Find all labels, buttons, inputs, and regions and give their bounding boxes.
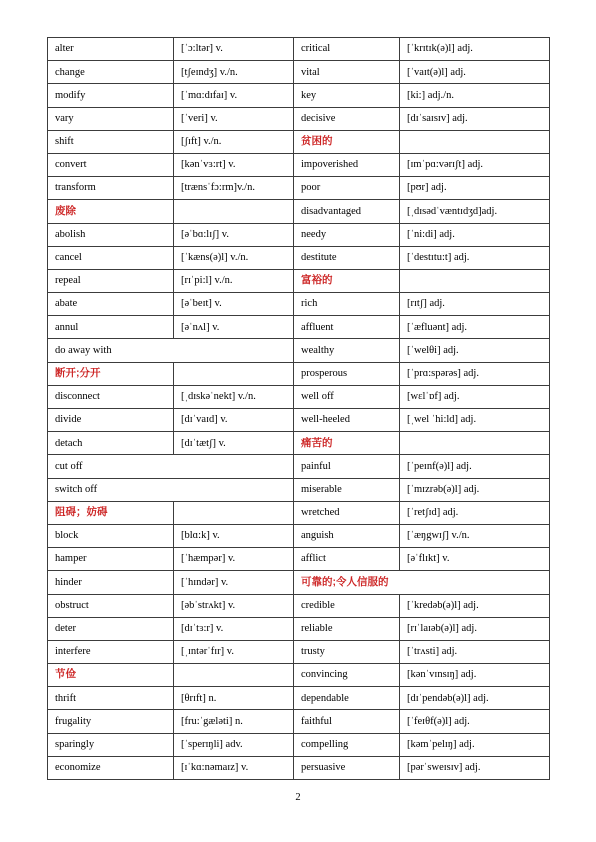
category-header-cell: 富裕的 xyxy=(294,269,400,292)
category-header-cell: 阻碍；妨碍 xyxy=(48,501,174,524)
word-cell: compelling xyxy=(294,733,400,756)
phonetic-cell: [kəmˈpelɪŋ] adj. xyxy=(400,733,550,756)
word-cell: needy xyxy=(294,223,400,246)
phonetic-cell: [rɪˈpi:l] v./n. xyxy=(174,269,294,292)
word-cell: decisive xyxy=(294,107,400,130)
word-cell: thrift xyxy=(48,687,174,710)
phonetic-cell: [pərˈsweɪsɪv] adj. xyxy=(400,756,550,779)
word-cell: abolish xyxy=(48,223,174,246)
word-cell: disconnect xyxy=(48,385,174,408)
word-cell: cut off xyxy=(48,455,294,478)
phonetic-cell: [ˌdɪskəˈnekt] v./n. xyxy=(174,385,294,408)
table-row: vary[ˈveri] v.decisive[dɪˈsaɪsɪv] adj. xyxy=(48,107,550,130)
word-cell: trusty xyxy=(294,640,400,663)
word-cell: affluent xyxy=(294,316,400,339)
phonetic-cell: [ˈhɪndər] v. xyxy=(174,571,294,594)
phonetic-cell: [dɪˈvaɪd] v. xyxy=(174,409,294,432)
phonetic-cell: [dɪˈtɜ:r] v. xyxy=(174,617,294,640)
phonetic-cell: [ˌwel ˈhi:ld] adj. xyxy=(400,409,550,432)
category-header-cell: 断开;分开 xyxy=(48,362,174,385)
table-row: cancel[ˈkæns(ə)l] v./n.destitute[ˈdestɪt… xyxy=(48,246,550,269)
word-cell: shift xyxy=(48,130,174,153)
phonetic-cell: [ˌdɪsədˈvæntɪdʒd]adj. xyxy=(400,200,550,223)
table-row: thrift[θrɪft] n.dependable[dɪˈpendəb(ə)l… xyxy=(48,687,550,710)
word-cell: cancel xyxy=(48,246,174,269)
category-header-cell: 节俭 xyxy=(48,664,174,687)
phonetic-cell: [dɪˈpendəb(ə)l] adj. xyxy=(400,687,550,710)
table-row: modify[ˈmɑ:dɪfaɪ] v.key[ki:] adj./n. xyxy=(48,84,550,107)
word-cell: convincing xyxy=(294,664,400,687)
word-cell: abate xyxy=(48,293,174,316)
word-cell: block xyxy=(48,524,174,547)
table-row: switch offmiserable[ˈmɪzrəb(ə)l] adj. xyxy=(48,478,550,501)
category-header-cell: 贫困的 xyxy=(294,130,400,153)
category-header-cell: 可靠的;令人信服的 xyxy=(294,571,550,594)
table-row: hinder[ˈhɪndər] v.可靠的;令人信服的 xyxy=(48,571,550,594)
table-row: annul[əˈnʌl] v.affluent[ˈæfluənt] adj. xyxy=(48,316,550,339)
table-row: detach[dɪˈtætʃ] v.痛苦的 xyxy=(48,432,550,455)
empty-cell xyxy=(174,362,294,385)
table-row: deter[dɪˈtɜ:r] v.reliable[rɪˈlaɪəb(ə)l] … xyxy=(48,617,550,640)
word-cell: anguish xyxy=(294,524,400,547)
word-cell: credible xyxy=(294,594,400,617)
phonetic-cell: [rɪˈlaɪəb(ə)l] adj. xyxy=(400,617,550,640)
table-row: economize[ɪˈkɑ:nəmaɪz] v.persuasive[pərˈ… xyxy=(48,756,550,779)
phonetic-cell: [ˈwelθi] adj. xyxy=(400,339,550,362)
word-cell: well off xyxy=(294,385,400,408)
phonetic-cell: [ˈni:di] adj. xyxy=(400,223,550,246)
word-cell: annul xyxy=(48,316,174,339)
table-row: do away withwealthy[ˈwelθi] adj. xyxy=(48,339,550,362)
empty-cell xyxy=(174,501,294,524)
vocabulary-table-body: alter[ˈɔ:ltər] v.critical[ˈkrɪtɪk(ə)l] a… xyxy=(48,38,550,780)
word-cell: prosperous xyxy=(294,362,400,385)
phonetic-cell: [ˈretʃɪd] adj. xyxy=(400,501,550,524)
table-row: repeal[rɪˈpi:l] v./n.富裕的 xyxy=(48,269,550,292)
word-cell: transform xyxy=(48,177,174,200)
phonetic-cell: [dɪˈtætʃ] v. xyxy=(174,432,294,455)
word-cell: disadvantaged xyxy=(294,200,400,223)
word-cell: change xyxy=(48,61,174,84)
phonetic-cell: [rɪtʃ] adj. xyxy=(400,293,550,316)
phonetic-cell: [ˈprɑ:spərəs] adj. xyxy=(400,362,550,385)
phonetic-cell: [pʊr] adj. xyxy=(400,177,550,200)
phonetic-cell: [kənˈvɜ:rt] v. xyxy=(174,153,294,176)
phonetic-cell: [ˈveri] v. xyxy=(174,107,294,130)
table-row: transform[trænsˈfɔ:rm]v./n.poor[pʊr] adj… xyxy=(48,177,550,200)
word-cell: modify xyxy=(48,84,174,107)
word-cell: afflict xyxy=(294,548,400,571)
phonetic-cell: [əˈflɪkt] v. xyxy=(400,548,550,571)
phonetic-cell: [ˈtrʌsti] adj. xyxy=(400,640,550,663)
table-row: abate[əˈbeɪt] v.rich[rɪtʃ] adj. xyxy=(48,293,550,316)
table-row: disconnect[ˌdɪskəˈnekt] v./n.well off[wɛ… xyxy=(48,385,550,408)
phonetic-cell: [ʃɪft] v./n. xyxy=(174,130,294,153)
phonetic-cell: [əˈbeɪt] v. xyxy=(174,293,294,316)
phonetic-cell: [kənˈvɪnsɪŋ] adj. xyxy=(400,664,550,687)
phonetic-cell: [ˈmɪzrəb(ə)l] adj. xyxy=(400,478,550,501)
phonetic-cell: [blɑ:k] v. xyxy=(174,524,294,547)
phonetic-cell: [dɪˈsaɪsɪv] adj. xyxy=(400,107,550,130)
word-cell: deter xyxy=(48,617,174,640)
phonetic-cell: [əbˈstrʌkt] v. xyxy=(174,594,294,617)
word-cell: dependable xyxy=(294,687,400,710)
table-row: shift[ʃɪft] v./n.贫困的 xyxy=(48,130,550,153)
phonetic-cell: [ˈmɑ:dɪfaɪ] v. xyxy=(174,84,294,107)
word-cell: convert xyxy=(48,153,174,176)
phonetic-cell: [ˈæŋgwɪʃ] v./n. xyxy=(400,524,550,547)
table-row: 节俭convincing[kənˈvɪnsɪŋ] adj. xyxy=(48,664,550,687)
phonetic-cell: [ˈsperɪŋli] adv. xyxy=(174,733,294,756)
table-row: divide[dɪˈvaɪd] v.well-heeled[ˌwel ˈhi:l… xyxy=(48,409,550,432)
word-cell: well-heeled xyxy=(294,409,400,432)
phonetic-cell: [ˈhæmpər] v. xyxy=(174,548,294,571)
table-row: 废除disadvantaged[ˌdɪsədˈvæntɪdʒd]adj. xyxy=(48,200,550,223)
phonetic-cell: [ki:] adj./n. xyxy=(400,84,550,107)
phonetic-cell: [ɪˈkɑ:nəmaɪz] v. xyxy=(174,756,294,779)
word-cell: miserable xyxy=(294,478,400,501)
table-row: convert[kənˈvɜ:rt] v.impoverished[ɪmˈpɑ:… xyxy=(48,153,550,176)
category-header-cell: 废除 xyxy=(48,200,174,223)
word-cell: poor xyxy=(294,177,400,200)
document-page: alter[ˈɔ:ltər] v.critical[ˈkrɪtɪk(ə)l] a… xyxy=(0,0,596,842)
vocabulary-table: alter[ˈɔ:ltər] v.critical[ˈkrɪtɪk(ə)l] a… xyxy=(47,37,550,780)
word-cell: impoverished xyxy=(294,153,400,176)
word-cell: faithful xyxy=(294,710,400,733)
phonetic-cell: [trænsˈfɔ:rm]v./n. xyxy=(174,177,294,200)
category-header-cell: 痛苦的 xyxy=(294,432,400,455)
phonetic-cell: [fru:ˈgæləti] n. xyxy=(174,710,294,733)
word-cell: sparingly xyxy=(48,733,174,756)
phonetic-cell: [tʃeɪndʒ] v./n. xyxy=(174,61,294,84)
table-row: abolish[əˈbɑ:lɪʃ] v.needy[ˈni:di] adj. xyxy=(48,223,550,246)
phonetic-cell: [wɛlˈɒf] adj. xyxy=(400,385,550,408)
word-cell: detach xyxy=(48,432,174,455)
word-cell: hamper xyxy=(48,548,174,571)
empty-cell xyxy=(400,269,550,292)
empty-cell xyxy=(174,200,294,223)
word-cell: rich xyxy=(294,293,400,316)
empty-cell xyxy=(400,432,550,455)
word-cell: repeal xyxy=(48,269,174,292)
word-cell: alter xyxy=(48,38,174,61)
word-cell: wealthy xyxy=(294,339,400,362)
table-row: sparingly[ˈsperɪŋli] adv.compelling[kəmˈ… xyxy=(48,733,550,756)
phonetic-cell: [ˈæfluənt] adj. xyxy=(400,316,550,339)
page-number: 2 xyxy=(0,792,596,803)
word-cell: vital xyxy=(294,61,400,84)
word-cell: painful xyxy=(294,455,400,478)
phonetic-cell: [ɪmˈpɑ:vərɪʃt] adj. xyxy=(400,153,550,176)
word-cell: destitute xyxy=(294,246,400,269)
word-cell: wretched xyxy=(294,501,400,524)
table-row: cut offpainful[ˈpeɪnf(ə)l] adj. xyxy=(48,455,550,478)
phonetic-cell: [ˈvaɪt(ə)l] adj. xyxy=(400,61,550,84)
phonetic-cell: [ˌɪntərˈfɪr] v. xyxy=(174,640,294,663)
word-cell: divide xyxy=(48,409,174,432)
table-row: 阻碍；妨碍wretched[ˈretʃɪd] adj. xyxy=(48,501,550,524)
phonetic-cell: [ˈɔ:ltər] v. xyxy=(174,38,294,61)
empty-cell xyxy=(174,664,294,687)
word-cell: reliable xyxy=(294,617,400,640)
phonetic-cell: [ˈfeɪθf(ə)l] adj. xyxy=(400,710,550,733)
phonetic-cell: [ˈkæns(ə)l] v./n. xyxy=(174,246,294,269)
phonetic-cell: [ˈkrɪtɪk(ə)l] adj. xyxy=(400,38,550,61)
phonetic-cell: [əˈbɑ:lɪʃ] v. xyxy=(174,223,294,246)
word-cell: frugality xyxy=(48,710,174,733)
word-cell: critical xyxy=(294,38,400,61)
word-cell: vary xyxy=(48,107,174,130)
word-cell: economize xyxy=(48,756,174,779)
phonetic-cell: [ˈkredəb(ə)l] adj. xyxy=(400,594,550,617)
word-cell: do away with xyxy=(48,339,294,362)
word-cell: hinder xyxy=(48,571,174,594)
table-row: obstruct[əbˈstrʌkt] v.credible[ˈkredəb(ə… xyxy=(48,594,550,617)
phonetic-cell: [ˈdestɪtu:t] adj. xyxy=(400,246,550,269)
table-row: frugality[fru:ˈgæləti] n.faithful[ˈfeɪθf… xyxy=(48,710,550,733)
empty-cell xyxy=(400,130,550,153)
phonetic-cell: [əˈnʌl] v. xyxy=(174,316,294,339)
phonetic-cell: [ˈpeɪnf(ə)l] adj. xyxy=(400,455,550,478)
word-cell: switch off xyxy=(48,478,294,501)
table-row: interfere[ˌɪntərˈfɪr] v.trusty[ˈtrʌsti] … xyxy=(48,640,550,663)
word-cell: interfere xyxy=(48,640,174,663)
phonetic-cell: [θrɪft] n. xyxy=(174,687,294,710)
table-row: hamper[ˈhæmpər] v.afflict[əˈflɪkt] v. xyxy=(48,548,550,571)
word-cell: obstruct xyxy=(48,594,174,617)
word-cell: key xyxy=(294,84,400,107)
table-row: block[blɑ:k] v.anguish[ˈæŋgwɪʃ] v./n. xyxy=(48,524,550,547)
table-row: change[tʃeɪndʒ] v./n.vital[ˈvaɪt(ə)l] ad… xyxy=(48,61,550,84)
table-row: 断开;分开prosperous[ˈprɑ:spərəs] adj. xyxy=(48,362,550,385)
table-row: alter[ˈɔ:ltər] v.critical[ˈkrɪtɪk(ə)l] a… xyxy=(48,38,550,61)
word-cell: persuasive xyxy=(294,756,400,779)
